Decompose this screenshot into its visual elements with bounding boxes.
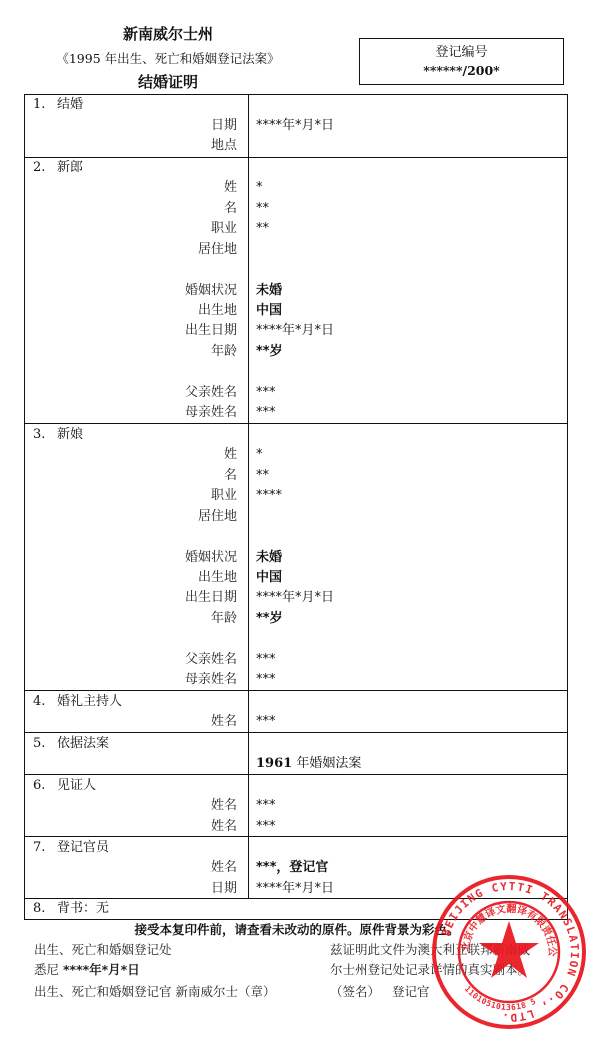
bride-given-name-value: ** <box>256 466 269 486</box>
groom-birthplace-value: 中国 <box>256 301 282 321</box>
bride-marital-status-value: 未婚 <box>256 548 282 568</box>
section-registrar: 7.登记官员 姓名 ***，登记官 日期 ****年*月*日 <box>25 836 567 899</box>
section-number: 3. <box>33 425 57 445</box>
section-heading: 5.依据法案 <box>33 734 109 754</box>
section-title: 结婚 <box>57 97 83 112</box>
field-label: 居住地 <box>198 240 237 260</box>
field-label: 出生地 <box>198 301 237 321</box>
section-law: 5.依据法案 1961 年婚姻法案 <box>25 732 567 775</box>
bride-surname-value: * <box>256 445 263 465</box>
field-label: 母亲姓名 <box>185 670 237 690</box>
field-label: 居住地 <box>198 507 237 527</box>
groom-surname-value: * <box>256 178 263 198</box>
bride-occupation-value: **** <box>256 486 282 506</box>
field-label: 日期 <box>211 879 237 899</box>
field-label: 姓名 <box>211 858 237 878</box>
field-label: 姓名 <box>211 817 237 837</box>
certificate-table: 1.结婚 日期 ****年*月*日 地点 2.新郎 姓 * 名 ** 职业 **… <box>24 94 568 920</box>
field-label: 名 <box>224 199 237 219</box>
field-label: 姓 <box>224 178 237 198</box>
section-title: 登记官员 <box>57 840 109 855</box>
registrar-seal-line: 出生、死亡和婚姻登记官 新南威尔士（章） <box>34 983 275 1001</box>
field-label: 婚姻状况 <box>185 548 237 568</box>
section-heading: 3.新娘 <box>33 425 83 445</box>
state-title: 新南威尔士州 <box>18 23 318 44</box>
section-heading: 1.结婚 <box>33 95 83 115</box>
registration-number-box: 登记编号 ******/200* <box>359 38 564 85</box>
section-number: 8. <box>33 899 57 919</box>
original-copy-notice: 接受本复印件前，请查看未改动的原件。原件背景为彩色。 <box>0 921 594 939</box>
groom-given-name-value: ** <box>256 199 269 219</box>
certification-line-2: 尔士州登记处记录详情的真实副本。 <box>330 961 530 979</box>
section-celebrant: 4.婚礼主持人 姓名 *** <box>25 690 567 733</box>
law-value: 1961 年婚姻法案 <box>256 754 361 774</box>
certificate-title: 结婚证明 <box>18 71 318 92</box>
section-heading: 8.背书：无 <box>33 899 109 919</box>
bride-father-name-value: *** <box>256 650 276 670</box>
law-name: 年婚姻法案 <box>292 756 361 771</box>
field-label: 年龄 <box>211 342 237 362</box>
column-divider <box>248 424 249 690</box>
bride-age-value: **岁 <box>256 609 283 629</box>
law-year: 1961 <box>256 756 292 771</box>
column-divider <box>248 733 249 775</box>
field-label: 出生日期 <box>185 588 237 608</box>
groom-mother-name-value: *** <box>256 403 276 423</box>
witness-2-name-value: *** <box>256 817 276 837</box>
column-divider <box>248 158 249 424</box>
registry-city: 悉尼 <box>34 962 59 977</box>
section-number: 1. <box>33 95 57 115</box>
field-label: 年龄 <box>211 609 237 629</box>
field-label: 日期 <box>211 116 237 136</box>
registration-number: ******/200* <box>360 63 563 79</box>
section-title: 新娘 <box>57 427 83 442</box>
bride-mother-name-value: *** <box>256 670 276 690</box>
field-label: 姓 <box>224 445 237 465</box>
groom-age-value: **岁 <box>256 342 283 362</box>
witness-1-name-value: *** <box>256 796 276 816</box>
section-title: 婚礼主持人 <box>57 694 122 709</box>
registrar-date-value: ****年*月*日 <box>256 879 334 899</box>
marriage-date-value: ****年*月*日 <box>256 116 334 136</box>
section-heading: 2.新郎 <box>33 158 83 178</box>
bride-birthplace-value: 中国 <box>256 568 282 588</box>
field-label: 职业 <box>211 219 237 239</box>
column-divider <box>248 95 249 158</box>
groom-father-name-value: *** <box>256 383 276 403</box>
section-bride: 3.新娘 姓 * 名 ** 职业 **** 居住地 婚姻状况 未婚 出生地 中国… <box>25 423 567 690</box>
section-endorsement: 8.背书：无 <box>25 898 567 919</box>
column-divider <box>248 691 249 733</box>
registrar-title: 登记官 <box>392 984 430 999</box>
act-title: 《1995 年出生、死亡和婚姻登记法案》 <box>18 49 318 67</box>
field-label: 地点 <box>211 136 237 156</box>
signature-line: （签名） 登记官 <box>330 983 429 1001</box>
section-marriage: 1.结婚 日期 ****年*月*日 地点 <box>25 95 567 158</box>
certification-line-1: 兹证明此文件为澳大利亚联邦新南威 <box>330 941 530 959</box>
groom-birthdate-value: ****年*月*日 <box>256 321 334 341</box>
section-number: 6. <box>33 776 57 796</box>
section-witnesses: 6.见证人 姓名 *** 姓名 *** <box>25 774 567 837</box>
section-title: 依据法案 <box>57 736 109 751</box>
field-label: 姓名 <box>211 712 237 732</box>
section-heading: 7.登记官员 <box>33 838 109 858</box>
field-label: 父亲姓名 <box>185 650 237 670</box>
groom-marital-status-value: 未婚 <box>256 281 282 301</box>
field-label: 名 <box>224 466 237 486</box>
section-number: 7. <box>33 838 57 858</box>
field-label: 出生地 <box>198 568 237 588</box>
field-label: 姓名 <box>211 796 237 816</box>
section-title: 背书：无 <box>57 901 109 916</box>
field-label: 职业 <box>211 486 237 506</box>
section-title: 见证人 <box>57 778 96 793</box>
section-groom: 2.新郎 姓 * 名 ** 职业 ** 居住地 婚姻状况 未婚 出生地 中国 出… <box>25 157 567 424</box>
registry-date: ****年*月*日 <box>63 962 140 977</box>
section-number: 2. <box>33 158 57 178</box>
field-label: 父亲姓名 <box>185 383 237 403</box>
column-divider <box>248 775 249 837</box>
registrar-name-value: ***，登记官 <box>256 858 328 878</box>
groom-occupation-value: ** <box>256 219 269 239</box>
field-label: 出生日期 <box>185 321 237 341</box>
registry-location-date: 悉尼 ****年*月*日 <box>34 961 140 979</box>
signature-label: （签名） <box>330 984 380 999</box>
section-number: 5. <box>33 734 57 754</box>
column-divider <box>248 837 249 899</box>
bride-birthdate-value: ****年*月*日 <box>256 588 334 608</box>
field-label: 母亲姓名 <box>185 403 237 423</box>
registry-office: 出生、死亡和婚姻登记处 <box>34 941 172 959</box>
celebrant-name-value: *** <box>256 712 276 732</box>
section-number: 4. <box>33 692 57 712</box>
section-heading: 4.婚礼主持人 <box>33 692 122 712</box>
section-title: 新郎 <box>57 160 83 175</box>
field-label: 婚姻状况 <box>185 281 237 301</box>
section-heading: 6.见证人 <box>33 776 96 796</box>
svg-text:1101051013618 5: 1101051013618 5 <box>463 984 538 1012</box>
registration-label: 登记编号 <box>360 45 563 61</box>
